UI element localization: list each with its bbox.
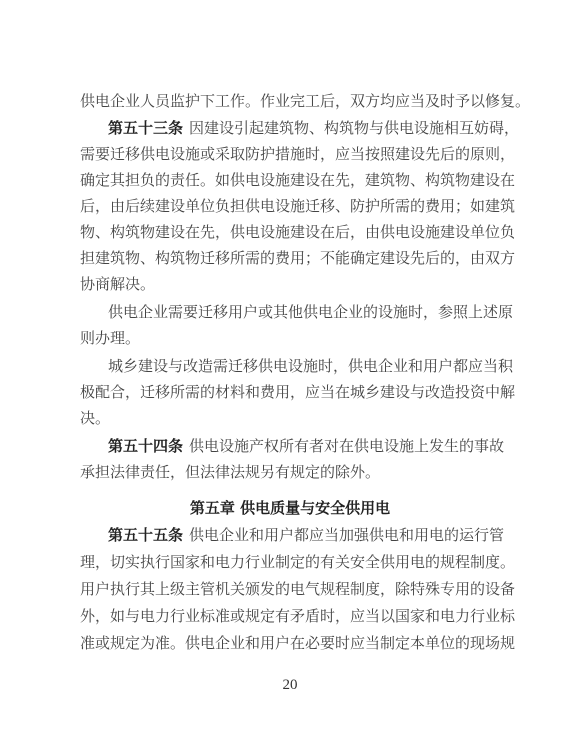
paragraph-line: 后，由后续建设单位负担供电设施迁移、防护所需的费用；如建筑 [80,196,502,216]
paragraph-line: 城乡建设与改造需迁移供电设施时，供电企业和用户都应当积 [108,356,502,376]
article-text: 供电企业和用户都应当加强供电和用电的运行管 [189,526,504,544]
article-text: 供电设施产权所有者对在供电设施上发生的事故 [189,437,504,455]
paragraph-line: 需要迁移供电设施或采取防护措施时，应当按照建设先后的原则， [80,144,502,164]
paragraph-line: 极配合，迁移所需的材料和费用，应当在城乡建设与改造投资中解 [80,382,502,402]
paragraph-line: 物、构筑物建设在先，供电设施建设在后，由供电设施建设单位负 [80,222,502,242]
paragraph-line: 担建筑物、构筑物迁移所需的费用；不能确定建设先后的，由双方 [80,248,502,268]
paragraph-line: 理，切实执行国家和电力行业制定的有关安全供用电的规程制度。 [80,552,502,572]
paragraph-line: 协商解决。 [80,274,502,294]
paragraph-line: 则办理。 [80,328,502,348]
paragraph-line: 确定其担负的责任。如供电设施建设在先，建筑物、构筑物建设在 [80,170,502,190]
article-number: 第五十五条 [108,526,183,544]
paragraph-line: 外，如与电力行业标准或规定有矛盾时，应当以国家和电力行业标 [80,606,502,626]
paragraph-line: 承担法律责任，但法律法规另有规定的除外。 [80,462,502,482]
article-54-line: 第五十四条供电设施产权所有者对在供电设施上发生的事故 [108,436,502,456]
chapter-heading: 第五章 供电质量与安全供用电 [0,498,580,518]
article-53-line: 第五十三条因建设引起建筑物、构筑物与供电设施相互妨碍， [108,118,502,138]
paragraph-line: 决。 [80,408,502,428]
paragraph-line: 供电企业人员监护下工作。作业完工后，双方均应当及时予以修复。 [80,91,502,111]
article-number: 第五十四条 [108,437,183,455]
article-number: 第五十三条 [108,119,183,137]
paragraph-line: 供电企业需要迁移用户或其他供电企业的设施时，参照上述原 [108,302,502,322]
page-number: 20 [0,676,580,694]
paragraph-line: 用户执行其上级主管机关颁发的电气规程制度，除特殊专用的设备 [80,579,502,599]
article-text: 因建设引起建筑物、构筑物与供电设施相互妨碍， [189,119,519,137]
document-page: 供电企业人员监护下工作。作业完工后，双方均应当及时予以修复。 第五十三条因建设引… [0,0,580,729]
paragraph-line: 准或规定为准。供电企业和用户在必要时应当制定本单位的现场规 [80,633,502,653]
article-55-line: 第五十五条供电企业和用户都应当加强供电和用电的运行管 [108,525,502,545]
